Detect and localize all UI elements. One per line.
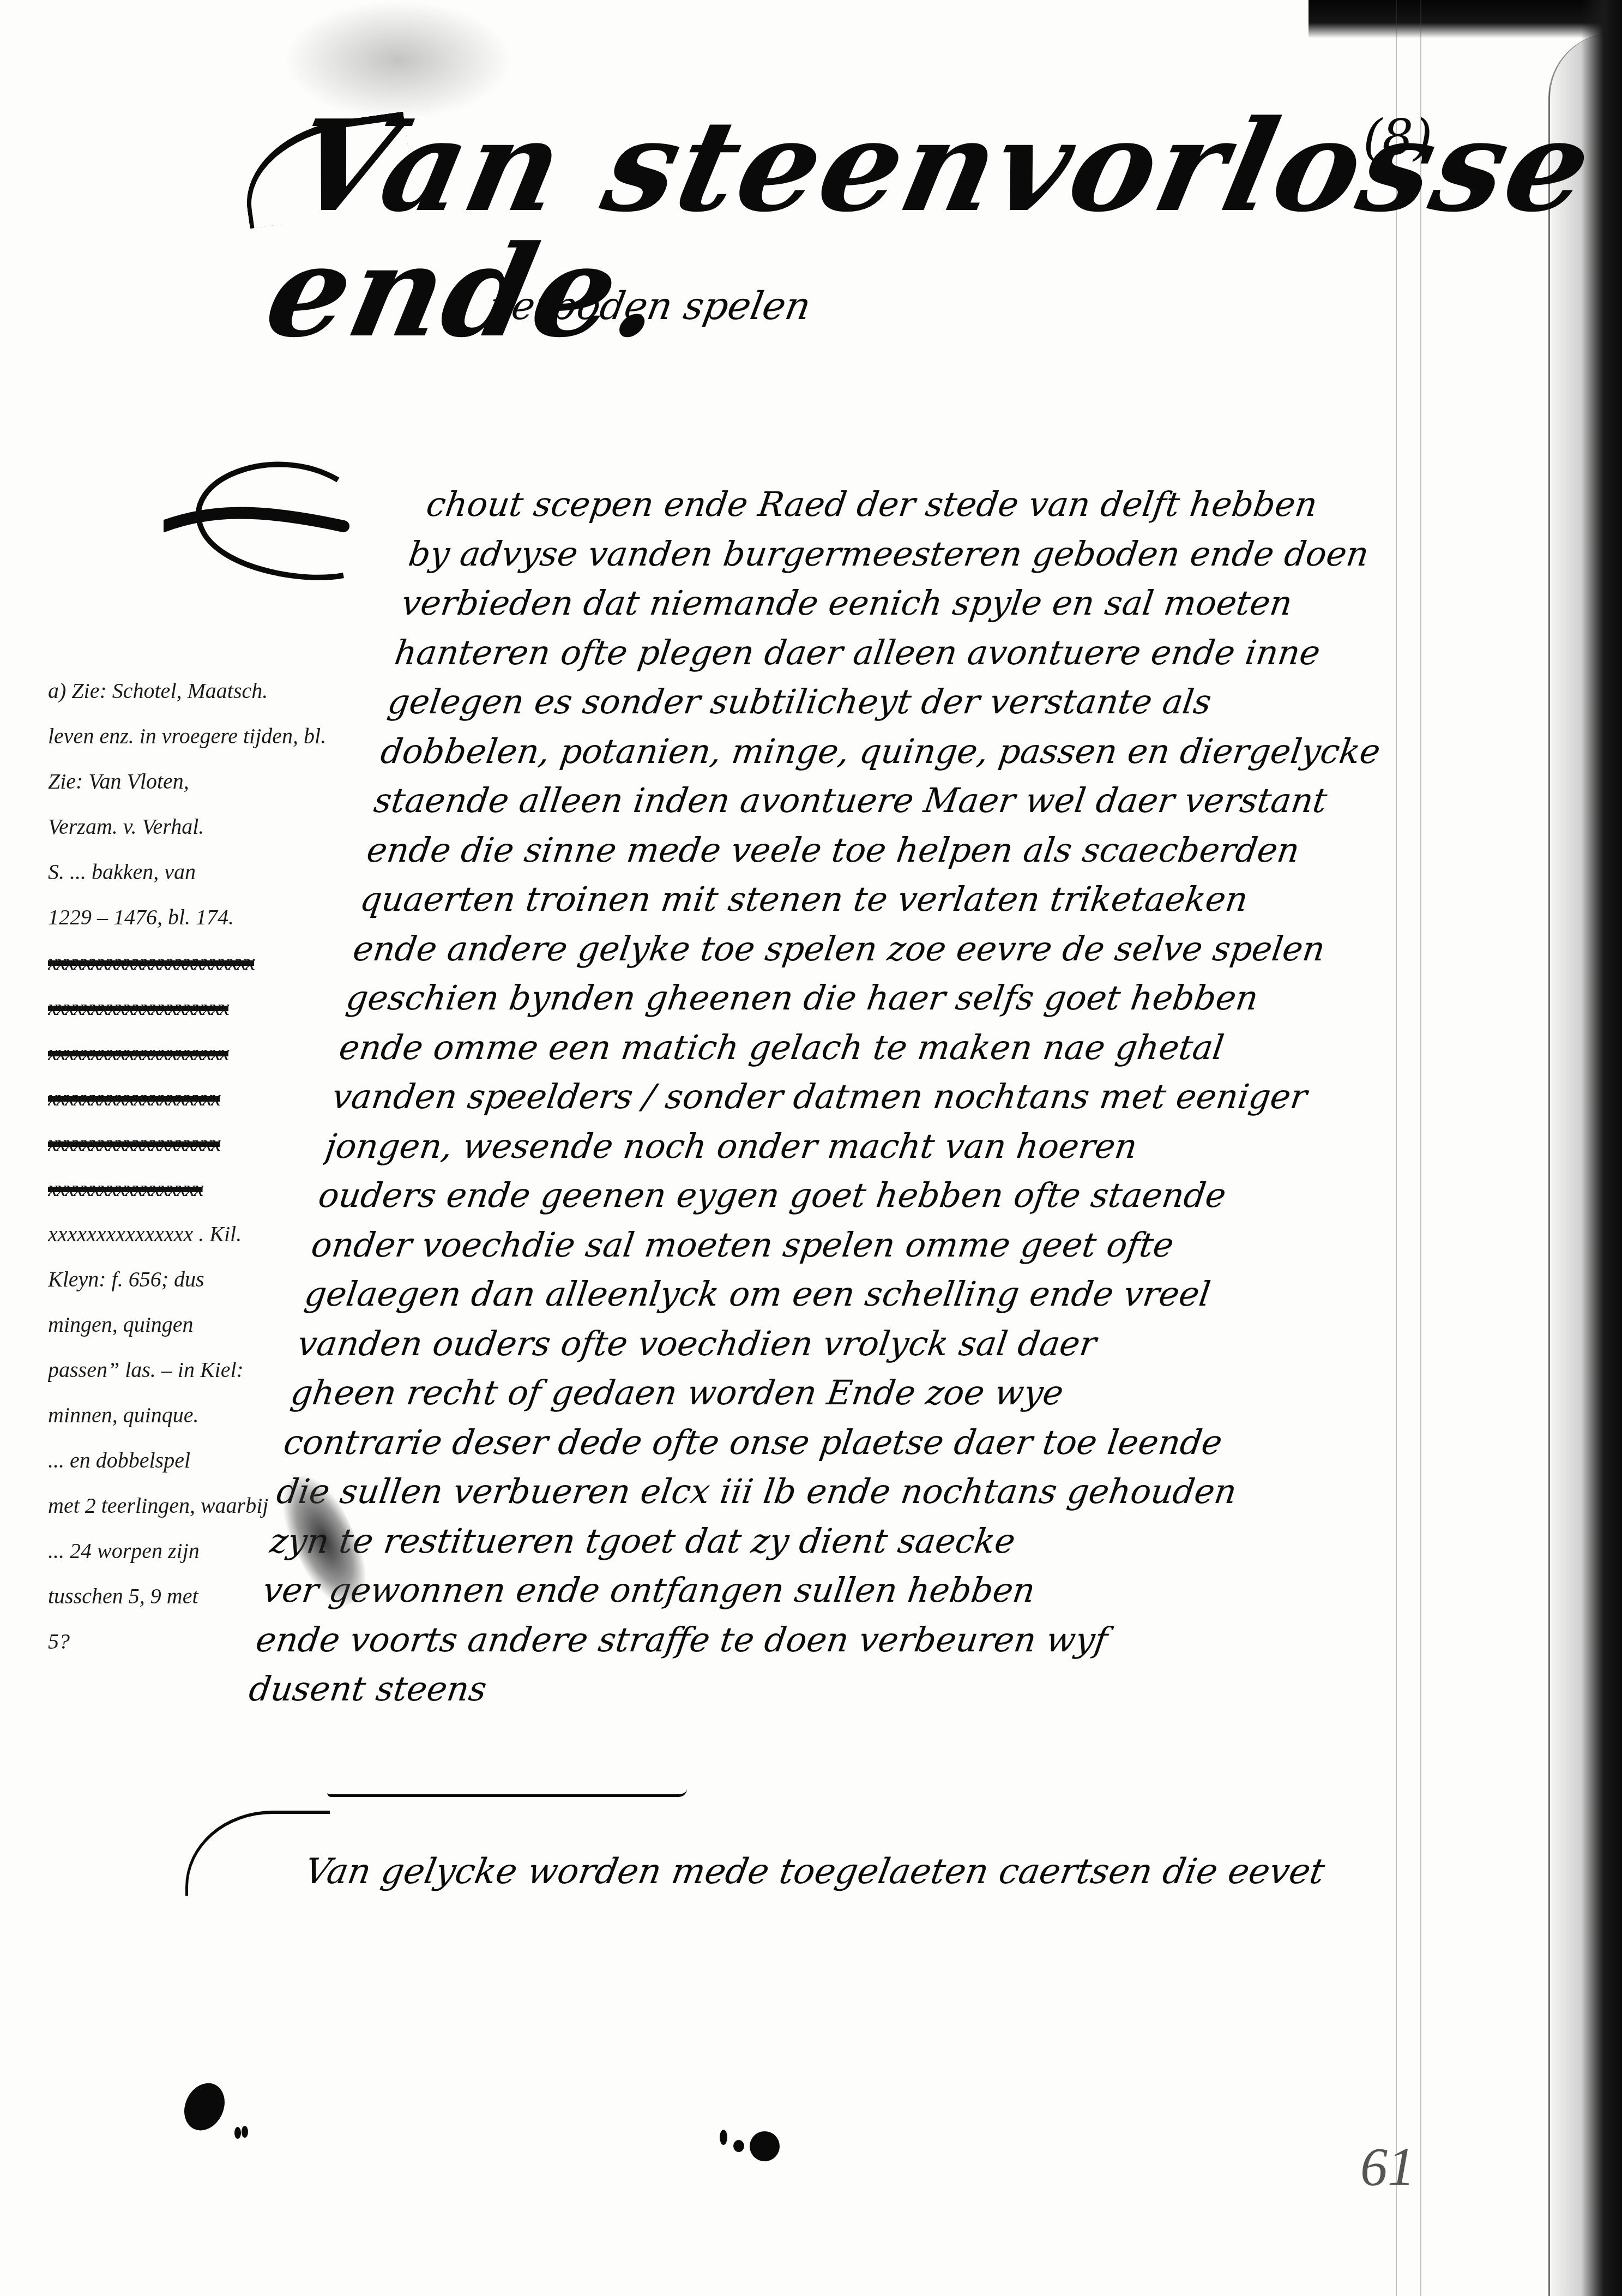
marginal-note-line: xxxxxxxxxxxxxxxxxx bbox=[48, 1166, 331, 1211]
text-line: staende alleen inden avontuere Maer wel … bbox=[371, 776, 1496, 826]
struck-out-note: xxxxxxxxxxxxxxxxxxxx bbox=[48, 1131, 220, 1156]
text-line: zyn te restitueren tgoet dat zy dient sa… bbox=[267, 1517, 1391, 1566]
note-text: Verzam. v. Verhal. bbox=[48, 814, 204, 839]
note-text: tusschen 5, 9 met bbox=[48, 1584, 198, 1608]
text-line: ende andere gelyke toe spelen zoe eevre … bbox=[350, 924, 1475, 974]
note-text: mingen, quingen bbox=[48, 1312, 194, 1337]
note-text: ... 24 worpen zijn bbox=[48, 1538, 200, 1563]
note-text: passen” las. – in Kiel: bbox=[48, 1357, 244, 1382]
ink-blot bbox=[750, 2131, 780, 2161]
manuscript-page: Van steenvorlosse ende. verboden spelen … bbox=[0, 0, 1622, 2296]
note-text: leven enz. in vroegere tijden, bl. 102 v… bbox=[48, 724, 331, 748]
ink-blot bbox=[720, 2130, 727, 2145]
marginal-note-line: xxxxxxxxxxxxxxxxxxxxx bbox=[48, 1030, 331, 1075]
marginal-note-line: xxxxxxxxxxxxxxxxxxxx bbox=[48, 1075, 331, 1121]
text-line: ende voorts andere straffe te doen verbe… bbox=[253, 1615, 1378, 1665]
text-line: vanden speelders / sonder datmen nochtan… bbox=[329, 1072, 1454, 1122]
note-text: Kleyn: f. 656; dus bbox=[48, 1267, 204, 1291]
text-line: gelegen es sonder subtilicheyt der verst… bbox=[384, 677, 1509, 727]
scan-border-top bbox=[1309, 0, 1622, 38]
note-text: Zie: Van Vloten, bbox=[48, 769, 189, 794]
main-text-block: chout scepen ende Raed der stede van del… bbox=[246, 480, 1537, 1714]
marginal-note-line: minnen, quinque. bbox=[48, 1392, 331, 1438]
section-end-rule bbox=[327, 1789, 687, 1797]
text-line: ende die sinne mede veele toe helpen als… bbox=[364, 826, 1488, 875]
struck-out-note: xxxxxxxxxxxxxxxxxx bbox=[48, 1176, 203, 1201]
marginal-note-line: tusschen 5, 9 met bbox=[48, 1573, 331, 1619]
text-line: onder voechdie sal moeten spelen omme ge… bbox=[308, 1221, 1433, 1270]
marginal-note-line: xxxxxxxxxxxxxxxxxxxxxxxx bbox=[48, 940, 331, 985]
ink-blot bbox=[242, 2126, 248, 2138]
ink-blot bbox=[733, 2140, 744, 2152]
note-text: met 2 teerlingen, waarbij bbox=[48, 1493, 268, 1518]
page-subtitle: verboden spelen bbox=[487, 284, 814, 328]
text-line: dobbelen, potanien, minge, quinge, passe… bbox=[378, 727, 1503, 777]
marginal-note-line: passen” las. – in Kiel: bbox=[48, 1347, 331, 1392]
text-line: quaerten troinen mit stenen te verlaten … bbox=[357, 875, 1482, 924]
struck-out-note: xxxxxxxxxxxxxxxxxxxx bbox=[48, 1086, 220, 1110]
marginal-note-line: xxxxxxxxxxxxxxxxxxxx bbox=[48, 1121, 331, 1166]
marginal-note-line: leven enz. in vroegere tijden, bl. 102 v… bbox=[48, 713, 331, 759]
text-line: die sullen verbueren elcx iii lb ende no… bbox=[274, 1467, 1398, 1517]
marginal-note-line: 5? bbox=[48, 1619, 331, 1664]
text-line: dusent steens bbox=[246, 1664, 1371, 1714]
text-line: vanden ouders ofte voechdien vrolyck sal… bbox=[294, 1319, 1419, 1369]
struck-out-note: xxxxxxxxxxxxxxxxxxxxx bbox=[48, 1041, 228, 1065]
note-text: a) Zie: Schotel, Maatsch. bbox=[48, 678, 268, 703]
text-line: geschien bynden gheenen die haer selfs g… bbox=[343, 973, 1468, 1023]
marginal-note-line: S. ... bakken, van bbox=[48, 849, 331, 894]
text-line: verbieden dat niemande eenich spyle en s… bbox=[399, 579, 1523, 628]
note-text: 5? bbox=[48, 1629, 70, 1654]
marginal-note-line: 1229 – 1476, bl. 174. bbox=[48, 894, 331, 940]
marginal-note-line: mingen, quingen bbox=[48, 1302, 331, 1347]
note-text: xxxxxxxxxxxxxxx . Kil. bbox=[48, 1222, 242, 1246]
next-section-heading: Van gelycke worden mede toegelaeten caer… bbox=[302, 1852, 1454, 1892]
note-text: 1229 – 1476, bl. 174. bbox=[48, 905, 234, 929]
note-text: minnen, quinque. bbox=[48, 1403, 199, 1427]
marginal-note-line: xxxxxxxxxxxxxxxxxxxxx bbox=[48, 985, 331, 1030]
text-line: gelaegen dan alleenlyck om een schelling… bbox=[302, 1270, 1426, 1319]
note-text: S. ... bakken, van bbox=[48, 860, 196, 884]
marginal-note-line: Verzam. v. Verhal. bbox=[48, 804, 331, 849]
marginal-note-line: ... en dobbelspel bbox=[48, 1438, 331, 1483]
ink-blot bbox=[234, 2127, 241, 2139]
note-text: ... en dobbelspel bbox=[48, 1448, 190, 1472]
struck-out-note: xxxxxxxxxxxxxxxxxxxxxxxx bbox=[48, 950, 254, 975]
text-line: by advyse vanden burgermeesteren geboden… bbox=[406, 530, 1530, 579]
text-line: hanteren ofte plegen daer alleen avontue… bbox=[391, 628, 1516, 678]
marginal-note-line: Kleyn: f. 656; dus bbox=[48, 1257, 331, 1302]
text-line: chout scepen ende Raed der stede van del… bbox=[412, 480, 1537, 530]
text-line: ende omme een matich gelach te maken nae… bbox=[336, 1023, 1461, 1073]
marginal-note-line: a) Zie: Schotel, Maatsch. bbox=[48, 668, 331, 713]
marginal-note-line: Zie: Van Vloten, bbox=[48, 759, 331, 804]
text-line: ver gewonnen ende ontfangen sullen hebbe… bbox=[260, 1566, 1384, 1615]
folio-number-bottom: 61 bbox=[1360, 2135, 1415, 2198]
struck-out-note: xxxxxxxxxxxxxxxxxxxxx bbox=[48, 995, 228, 1020]
marginal-note-line: xxxxxxxxxxxxxxx . Kil. bbox=[48, 1211, 331, 1257]
folio-number-top: (8) bbox=[1363, 109, 1433, 166]
text-line: gheen recht of gedaen worden Ende zoe wy… bbox=[287, 1368, 1412, 1418]
text-line: contrarie deser dede ofte onse plaetse d… bbox=[281, 1418, 1406, 1468]
decorated-initial-s-icon bbox=[164, 447, 360, 611]
ink-blot bbox=[177, 2076, 232, 2137]
text-line: jongen, wesende noch onder macht van hoe… bbox=[322, 1122, 1447, 1171]
text-line: ouders ende geenen eygen goet hebben oft… bbox=[315, 1171, 1440, 1221]
